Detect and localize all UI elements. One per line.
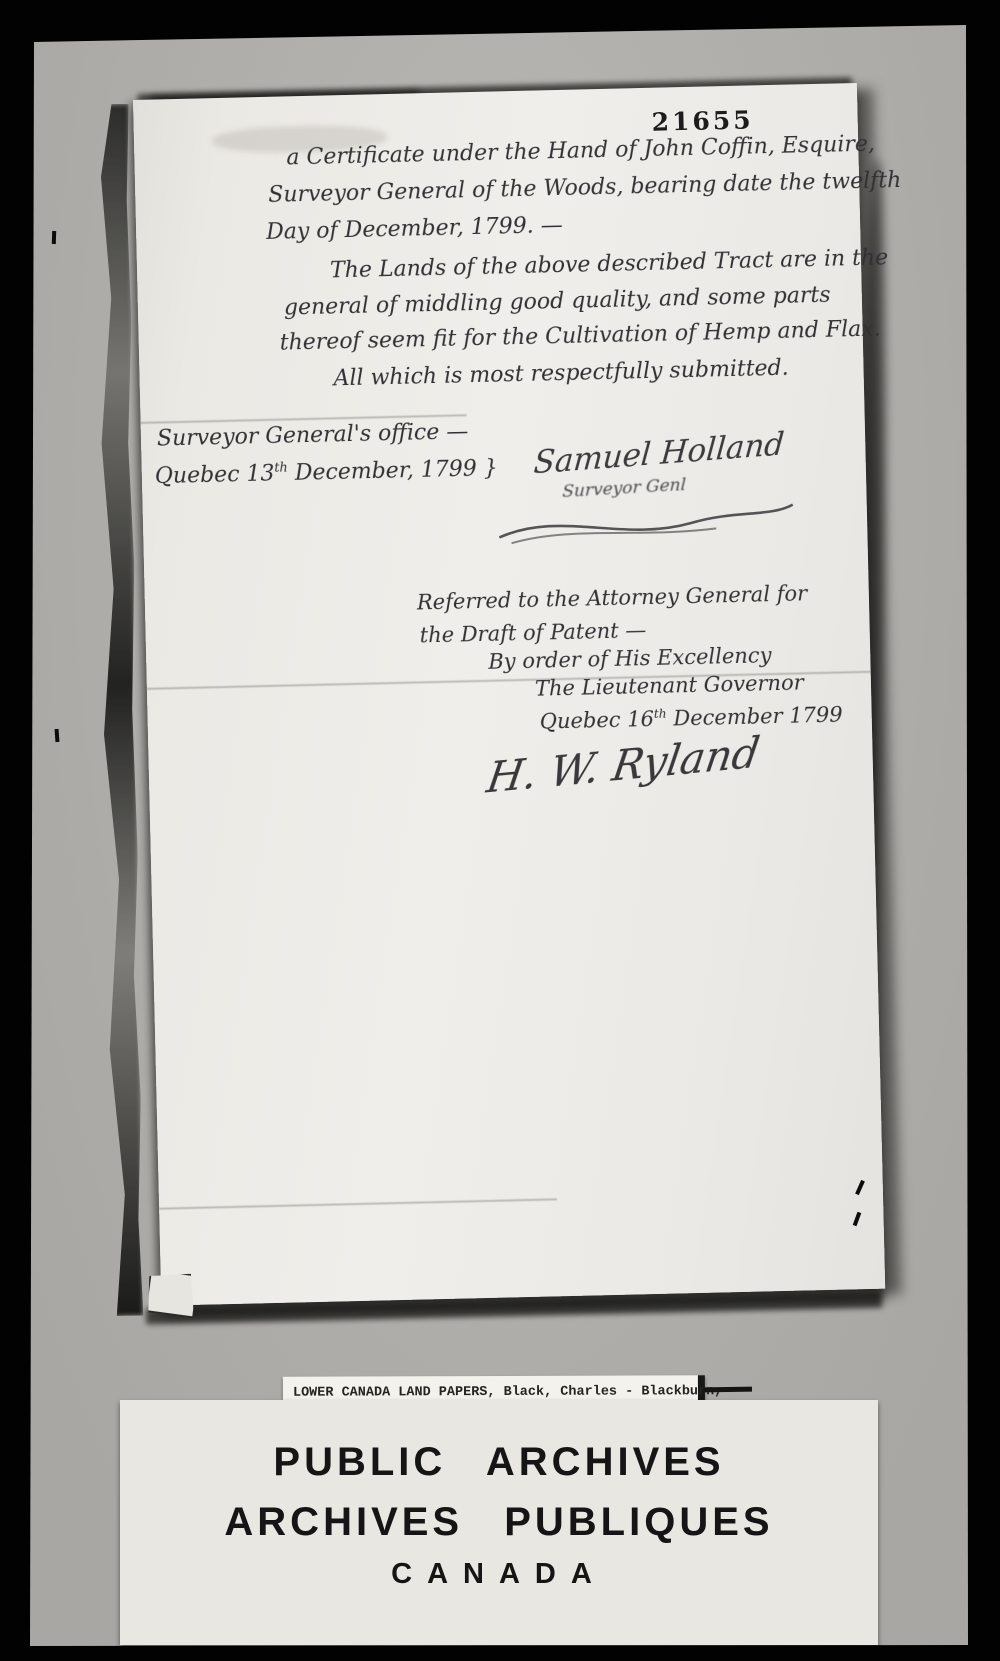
referral-line5-superscript: th — [654, 707, 667, 721]
gray-mat: 21655 a Certificate under the Hand of Jo… — [0, 0, 1000, 1661]
office-line2-pre: Quebec 13 — [155, 461, 275, 489]
ryland-signature: H. W. Ryland — [484, 727, 763, 802]
holland-signature: Samuel Holland — [532, 426, 785, 481]
registration-mark — [55, 729, 60, 742]
certificate-paragraph-line3: Day of December, 1799. — — [266, 208, 563, 251]
label-side-dash — [704, 1387, 752, 1393]
banner-french-title: ARCHIVES PUBLIQUES — [120, 1500, 878, 1545]
paper-left-ragged-edge — [91, 104, 144, 1316]
banner-english-title: PUBLIC ARCHIVES — [120, 1440, 878, 1485]
fold-crease — [159, 1198, 557, 1209]
office-line2-post: December, 1799 } — [288, 456, 499, 486]
archival-photo: 21655 a Certificate under the Hand of Jo… — [0, 0, 1000, 1661]
referral-line5: Quebec 16th December 1799 — [539, 691, 843, 739]
referral-line5-post: December 1799 — [666, 702, 843, 730]
referral-line5-pre: Quebec 16 — [539, 707, 654, 734]
folded-corner — [144, 1268, 199, 1318]
public-archives-banner: PUBLIC ARCHIVES ARCHIVES PUBLIQUES CANAD… — [120, 1400, 878, 1645]
registration-mark — [52, 231, 56, 244]
manuscript-page: 21655 a Certificate under the Hand of Jo… — [133, 83, 885, 1306]
referral-line1: Referred to the Attorney General for — [417, 579, 808, 617]
banner-canada-title: CANADA — [120, 1558, 878, 1591]
office-line2: Quebec 13th December, 1799 } — [154, 446, 498, 495]
signature-flourish — [490, 486, 801, 549]
office-line2-superscript: th — [274, 460, 288, 475]
